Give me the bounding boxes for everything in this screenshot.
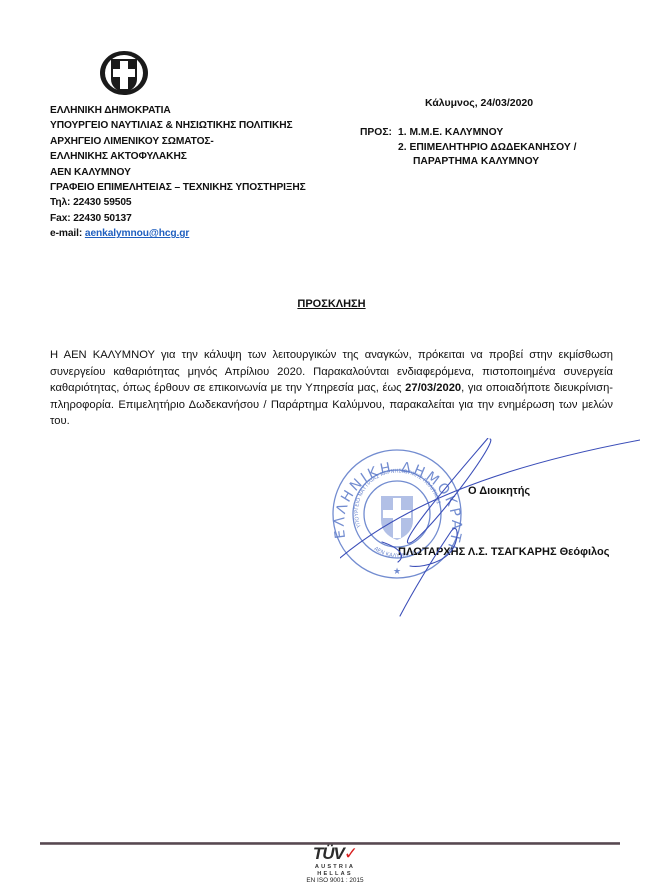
iso-certification: EN ISO 9001 : 2015 [290,877,380,885]
tuv-certification-logo: TÜV✓ AUSTRIA HELLAS EN ISO 9001 : 2015 [290,846,380,885]
body-paragraph: Η ΑΕΝ ΚΑΛΥΜΝΟΥ για την κάλυψη των λειτου… [50,347,613,430]
check-icon: ✓ [344,844,357,863]
signatory-title: Ο Διοικητής [468,485,530,497]
recipient-row: 2. ΕΠΙΜΕΛΗΤΗΡΙΟ ΔΩΔΕΚΑΝΗΣΟΥ / [360,141,576,156]
fax-number: 22430 50137 [73,213,131,224]
sender-line: ΕΛΛΗΝΙΚΗΣ ΑΚΤΟΦΥΛΑΚΗΣ [50,149,306,164]
tuv-logo-text: TÜV [313,844,344,863]
official-stamp-icon: ΕΛΛΗΝΙΚΗ ΔΗΜΟΚΡΑΤΙΑ ΥΠΟΥΡΓΕΙΟ ΝΑΥΤΙΛΙΑΣ … [330,446,464,582]
deadline-date: 27/03/2020 [405,382,461,394]
phone-line: Τηλ: 22430 59505 [50,195,306,210]
document-title: ΠΡΟΣΚΛΗΣΗ [0,298,663,310]
greek-coat-of-arms-icon [98,49,150,97]
phone-number: 22430 59505 [73,197,131,208]
sender-line: ΓΡΑΦΕΙΟ ΕΠΙΜΕΛΗΤΕΙΑΣ – ΤΕΧΝΙΚΗΣ ΥΠΟΣΤΗΡΙ… [50,180,306,195]
sender-line: ΑΕΝ ΚΑΛΥΜΝΟΥ [50,165,306,180]
recipients-label: ΠΡΟΣ: [360,126,398,141]
email-line: e-mail: aenkalymnou@hcg.gr [50,226,306,241]
email-link[interactable]: aenkalymnou@hcg.gr [85,228,189,239]
email-label: e-mail: [50,228,82,239]
sender-line: ΥΠΟΥΡΓΕΙΟ ΝΑΥΤΙΛΙΑΣ & ΝΗΣΙΩΤΙΚΗΣ ΠΟΛΙΤΙΚ… [50,118,306,133]
sender-line: ΕΛΛΗΝΙΚΗ ΔΗΜΟΚΡΑΤΙΑ [50,103,306,118]
fax-line: Fax: 22430 50137 [50,211,306,226]
fax-label: Fax: [50,213,71,224]
tuv-logo-icon: TÜV✓ [313,846,357,862]
sender-line: ΑΡΧΗΓΕΙΟ ΛΙΜΕΝΙΚΟΥ ΣΩΜΑΤΟΣ- [50,134,306,149]
phone-label: Τηλ: [50,197,70,208]
recipients-block: ΠΡΟΣ: 1. Μ.Μ.Ε. ΚΑΛΥΜΝΟΥ 2. ΕΠΙΜΕΛΗΤΗΡΙΟ… [360,126,576,170]
recipient-item: 2. ΕΠΙΜΕΛΗΤΗΡΙΟ ΔΩΔΕΚΑΝΗΣΟΥ / [398,141,576,156]
sender-block: ΕΛΛΗΝΙΚΗ ΔΗΜΟΚΡΑΤΙΑ ΥΠΟΥΡΓΕΙΟ ΝΑΥΤΙΛΙΑΣ … [50,103,306,242]
tuv-sub-hellas: HELLAS [290,871,380,878]
tuv-sub-austria: AUSTRIA [290,864,380,871]
date-line: Κάλυμνος, 24/03/2020 [425,97,533,109]
signatory-name: ΠΛΩΤΑΡΧΗΣ Λ.Σ. ΤΣΑΓΚΑΡΗΣ Θεόφιλος [398,546,609,558]
recipient-row: ΠΑΡΑΡΤΗΜΑ ΚΑΛΥΜΝΟΥ [360,155,576,170]
recipient-item-continuation: ΠΑΡΑΡΤΗΜΑ ΚΑΛΥΜΝΟΥ [413,155,539,170]
svg-text:★: ★ [393,566,401,576]
recipient-row: ΠΡΟΣ: 1. Μ.Μ.Ε. ΚΑΛΥΜΝΟΥ [360,126,576,141]
recipient-item: 1. Μ.Μ.Ε. ΚΑΛΥΜΝΟΥ [398,126,503,141]
